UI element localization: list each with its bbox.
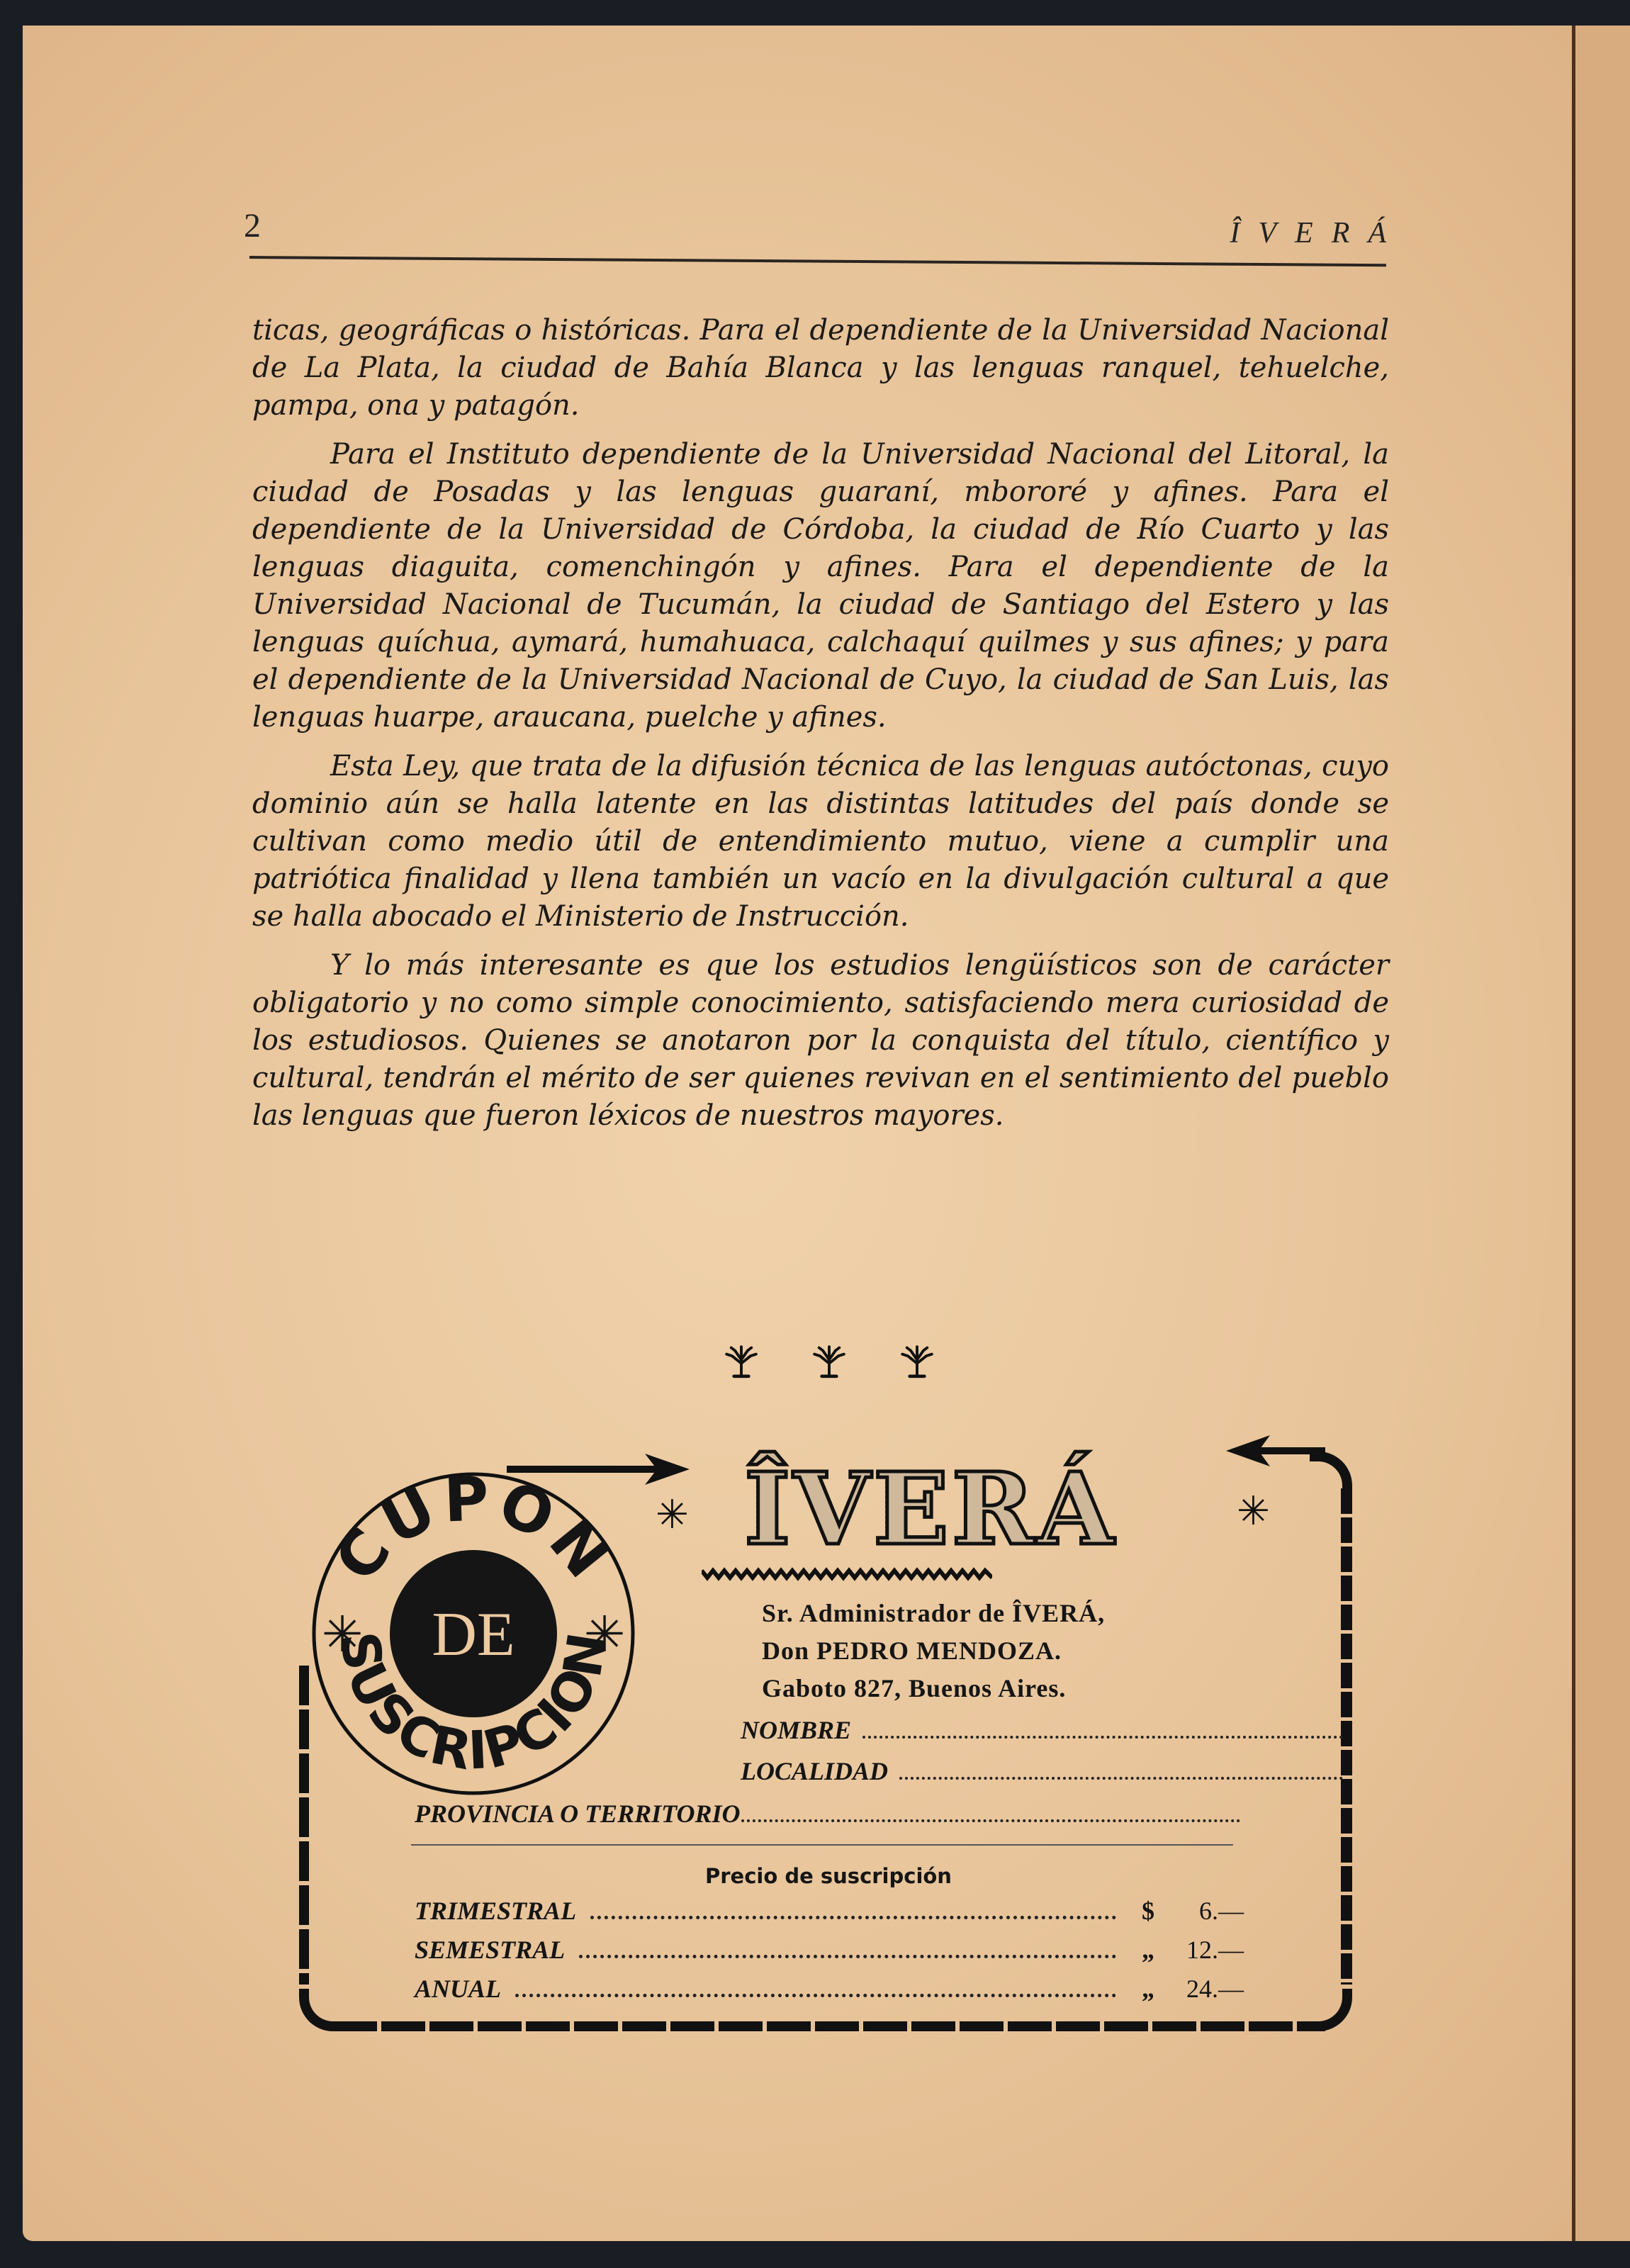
address-line: Sr. Administrador de ÎVERÁ, — [762, 1595, 1105, 1632]
price-value: 24.— — [1166, 1974, 1244, 2004]
provincia-input-line[interactable] — [741, 1812, 1240, 1822]
header-rule — [249, 256, 1386, 266]
localidad-field[interactable]: LOCALIDAD — [741, 1756, 1343, 1786]
price-row: ANUAL „ 24.— — [415, 1974, 1244, 2004]
paragraph: Para el Instituto dependiente de la Univ… — [252, 436, 1389, 736]
provincia-field[interactable]: PROVINCIA O TERRITORIO — [415, 1799, 1240, 1829]
divider — [411, 1844, 1233, 1846]
coupon-frame-corner — [1310, 1989, 1352, 2031]
price-row: TRIMESTRAL $ 6.— — [415, 1896, 1244, 1926]
price-label: TRIMESTRAL — [415, 1896, 576, 1926]
svg-text:DE: DE — [432, 1600, 515, 1669]
localidad-input-line[interactable] — [899, 1770, 1343, 1780]
paragraph: Esta Ley, que trata de la difusión técni… — [252, 748, 1389, 936]
zigzag-rule — [702, 1566, 992, 1582]
page-header: 2 ÎVERÁ — [244, 202, 1386, 266]
page-number: 2 — [244, 206, 261, 245]
ivera-logo: ÎVERÁ — [744, 1460, 1117, 1559]
price-label: SEMESTRAL — [415, 1935, 565, 1965]
leader-dots — [579, 1946, 1116, 1958]
coupon-seal: CUPON SUSCRIPCION DE ✳ ✳ — [303, 1460, 643, 1800]
nombre-input-line[interactable] — [862, 1729, 1343, 1739]
address-line: Don PEDRO MENDOZA. — [762, 1632, 1105, 1670]
localidad-label: LOCALIDAD — [741, 1756, 888, 1786]
star-icon: ✳ — [656, 1495, 689, 1535]
running-title: ÎVERÁ — [1230, 216, 1405, 250]
arrow-left-icon — [1226, 1433, 1325, 1469]
leader-dots — [590, 1907, 1116, 1919]
price-row: SEMESTRAL „ 12.— — [415, 1935, 1244, 1965]
tree-icon — [811, 1343, 848, 1380]
section-ornament — [723, 1343, 935, 1386]
tree-icon — [723, 1343, 760, 1380]
leader-dots — [515, 1985, 1116, 1997]
subscription-coupon: CUPON SUSCRIPCION DE ✳ ✳ ✳ ✳ ÎVERÁ Sr. A… — [291, 1432, 1354, 2034]
next-page-edge — [1575, 26, 1630, 2241]
price-value: 6.— — [1166, 1896, 1244, 1926]
nombre-label: NOMBRE — [741, 1715, 851, 1745]
nombre-field[interactable]: NOMBRE — [741, 1715, 1343, 1745]
tree-icon — [899, 1343, 935, 1380]
star-icon: ✳ — [584, 1605, 626, 1663]
price-currency: „ — [1130, 1935, 1166, 1965]
star-icon: ✳ — [1237, 1492, 1270, 1532]
paragraph: Y lo más interesante es que los estudios… — [252, 947, 1389, 1135]
mailing-address: Sr. Administrador de ÎVERÁ, Don PEDRO ME… — [762, 1595, 1105, 1707]
provincia-label: PROVINCIA O TERRITORIO — [415, 1799, 740, 1829]
star-icon: ✳ — [322, 1605, 364, 1663]
price-value: 12.— — [1166, 1935, 1244, 1965]
coupon-frame-bottom — [333, 2021, 1325, 2031]
price-label: ANUAL — [415, 1974, 501, 2004]
address-line: Gaboto 827, Buenos Aires. — [762, 1670, 1105, 1707]
price-currency: „ — [1130, 1974, 1166, 2004]
price-currency: $ — [1130, 1896, 1166, 1926]
paragraph: ticas, geográficas o históricas. Para el… — [252, 312, 1389, 425]
article-body: ticas, geográficas o históricas. Para el… — [252, 312, 1389, 1146]
price-title: Precio de suscripción — [705, 1864, 952, 1888]
coupon-frame-corner — [299, 1989, 342, 2031]
